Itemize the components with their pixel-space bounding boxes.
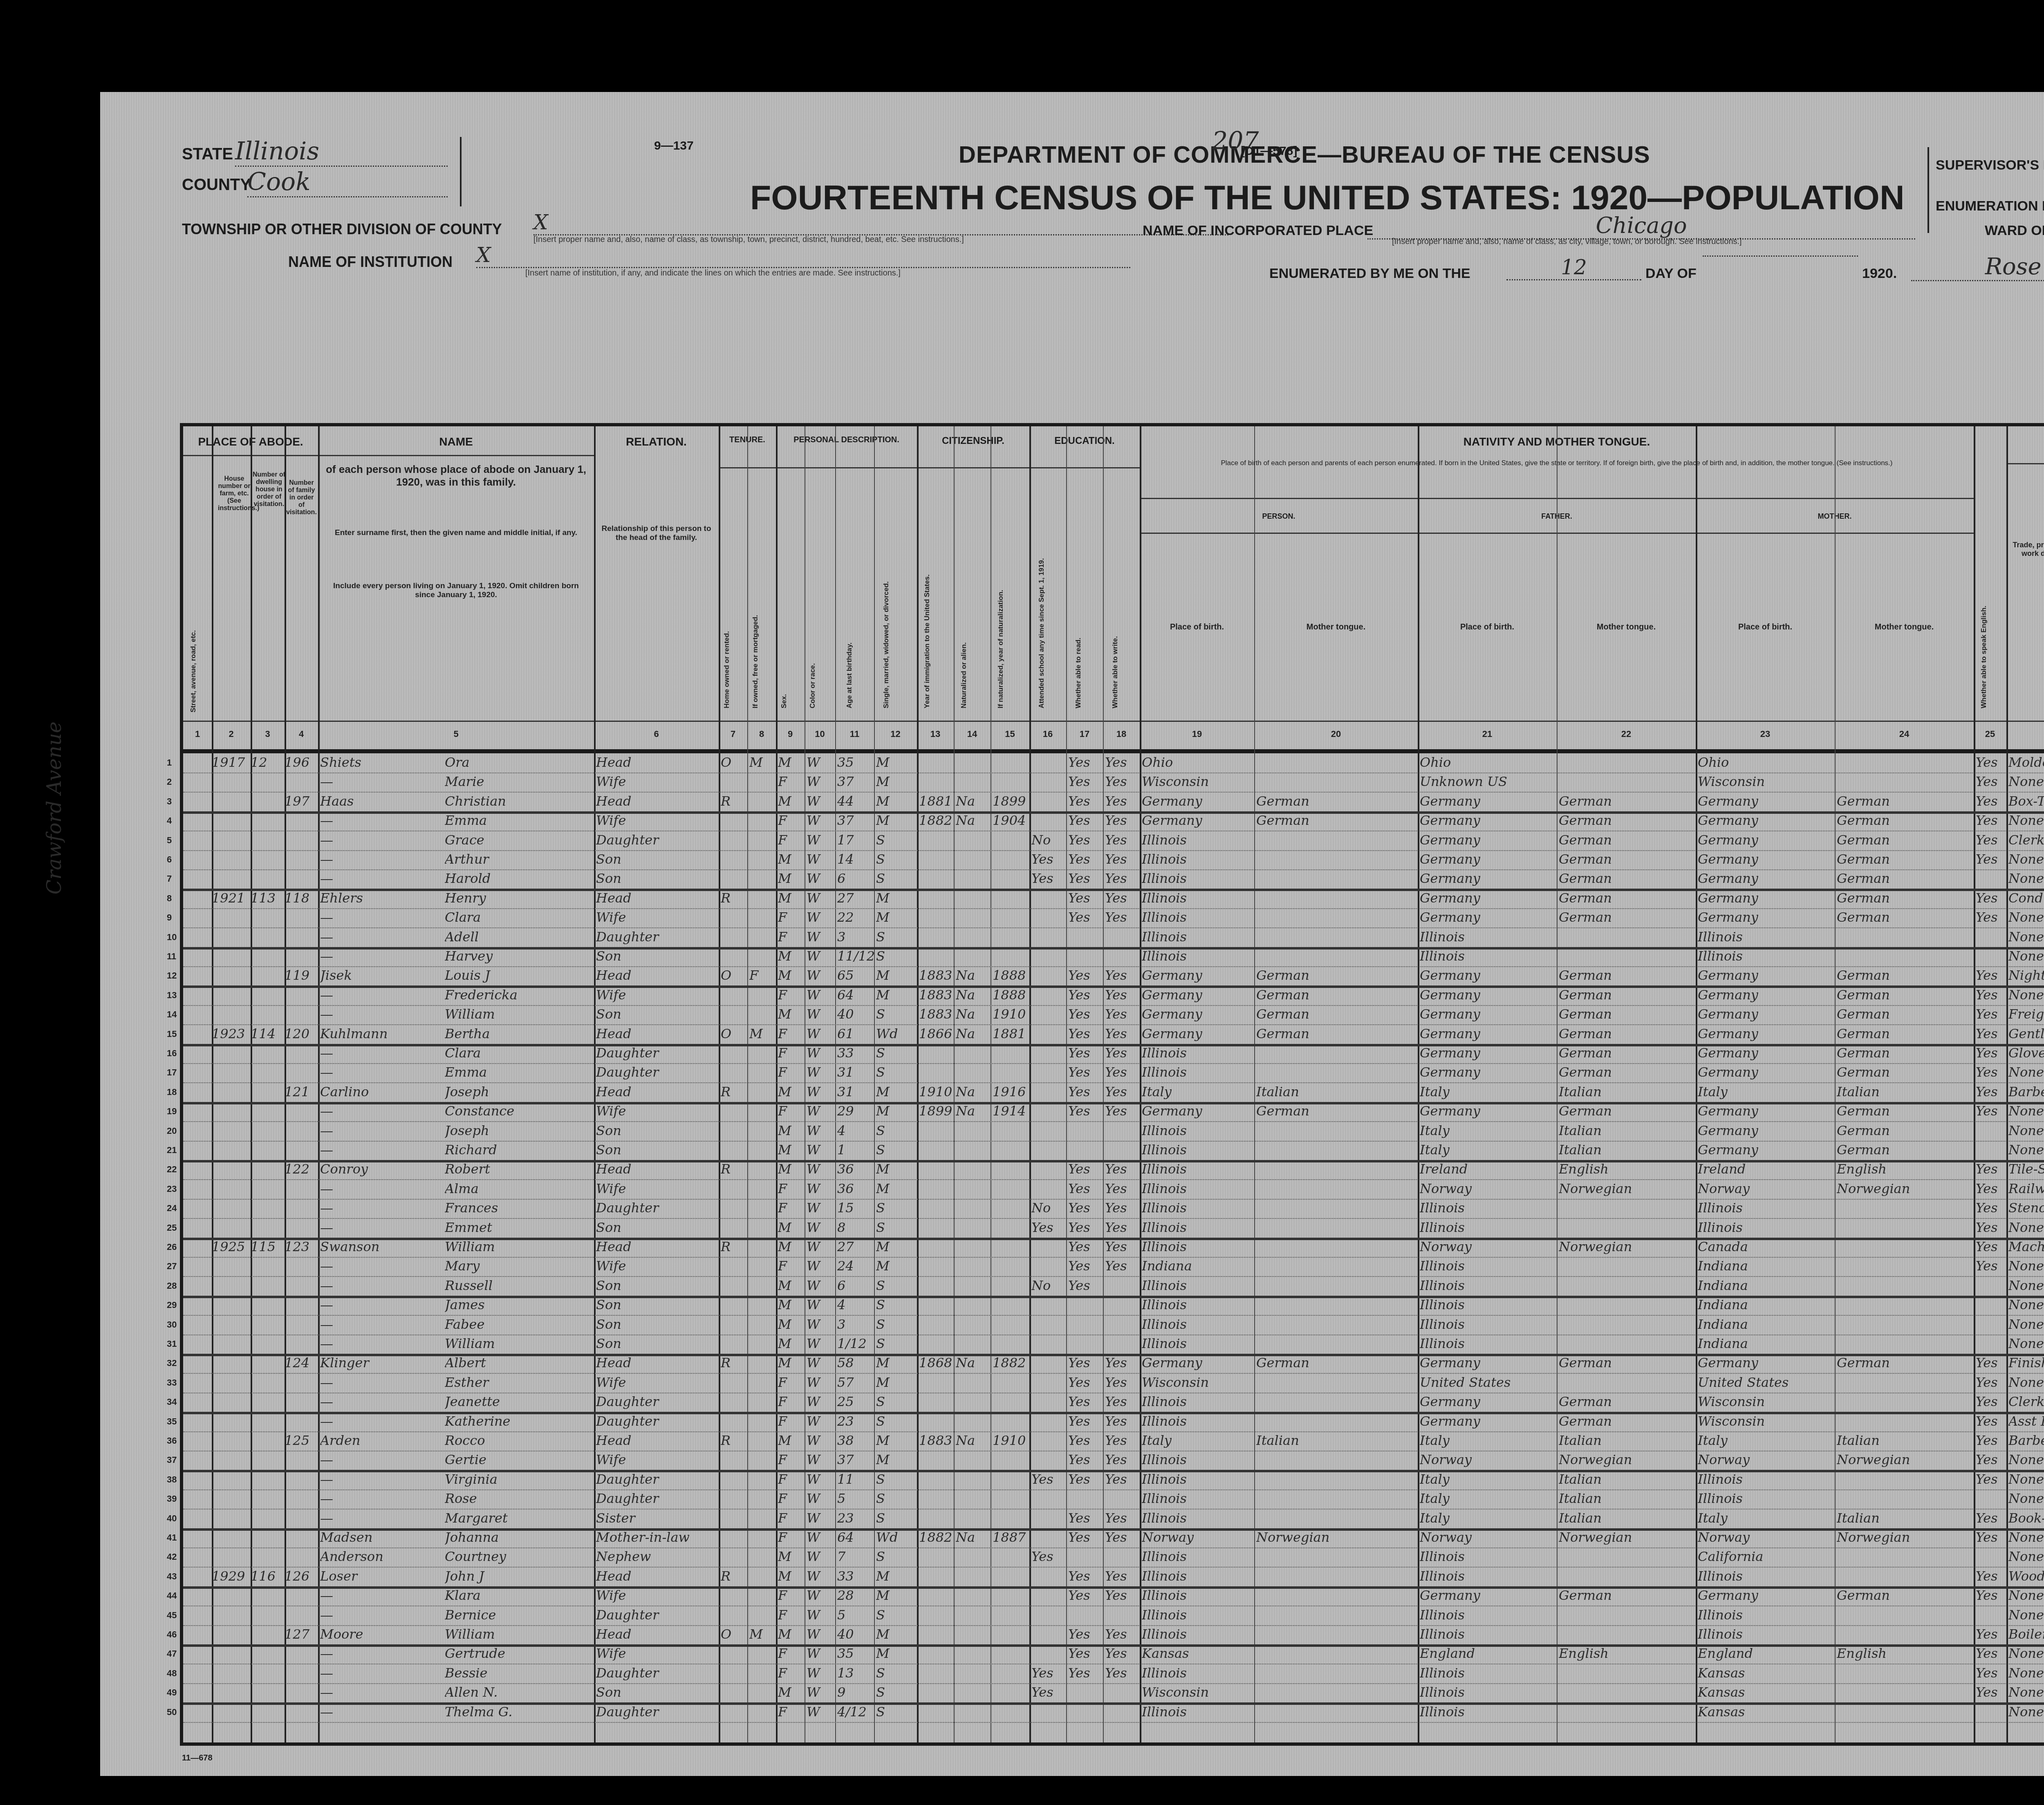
cell-trade: None [2008,1315,2044,1333]
cell-marital: S [876,1296,917,1314]
cell-nat [956,1063,991,1081]
cell-pob: Illinois [1142,1703,1254,1721]
cell-given: Clara [445,908,592,926]
incorporated-place-label: NAME OF INCORPORATED PLACE [1143,223,1373,239]
cell-sex: M [778,1160,805,1178]
cell-imm [919,773,954,791]
cell-pob: Illinois [1142,1199,1254,1217]
cell-family [285,773,318,791]
col3-header: Number of dwelling house in order of vis… [253,471,285,508]
cell-mmt: English [1837,1160,1974,1178]
cell-given: Courtney [445,1547,592,1565]
cell-dwelling [251,1528,285,1546]
cell-family [285,1412,318,1430]
cell-house [212,1218,251,1236]
cell-trade: None [2008,1470,2044,1488]
cell-marital: S [876,1470,917,1488]
cell-natyr [993,1276,1029,1294]
cell-own [721,1703,747,1721]
col7-header: Home owned or rented. [723,479,731,708]
cell-mt [1256,1470,1418,1488]
cell-school [1031,1122,1066,1140]
cell-race: W [807,1005,835,1023]
cell-sex: M [778,792,805,810]
cell-family [285,1218,318,1236]
table-row: —RoseDaughterFW5SIllinoisItalyItalianIll… [183,1489,2044,1509]
cell-pob: Wisconsin [1142,773,1254,791]
cell-school [1031,1451,1066,1469]
cell-own [721,908,747,926]
cell-school [1031,1412,1066,1430]
cell-relation: Son [596,869,717,887]
cell-surname: — [320,1141,443,1159]
cell-natyr [993,850,1029,868]
cell-own [721,1373,747,1391]
cell-marital: S [876,928,917,946]
cell-house [212,1606,251,1624]
cell-mpob: Germany [1698,986,1835,1004]
cell-marital: M [876,1431,917,1449]
cell-relation: Daughter [596,1393,717,1411]
cell-relation: Head [596,1238,717,1256]
cell-school: Yes [1031,850,1066,868]
table-row: —EmmaDaughterFW31SYesYesIllinoisGermanyG… [183,1063,2044,1083]
line-number: 15 [167,1029,177,1039]
cell-imm [919,869,954,887]
cell-race: W [807,1199,835,1217]
cell-pob: Illinois [1142,1509,1254,1527]
cell-nat [956,1683,991,1701]
cell-house [212,1102,251,1120]
cell-dwelling [251,1315,285,1333]
column-number: 18 [1103,729,1140,739]
cell-natyr: 1881 [993,1025,1029,1043]
table-row: 121CarlinoJosephHeadRMW31M1910Na1916YesY… [183,1083,2044,1104]
cell-mort [749,1005,776,1023]
cell-mt [1256,1257,1418,1275]
cell-fpob: Illinois [1420,1625,1557,1643]
cell-natyr [993,1296,1029,1314]
cell-pob: Illinois [1142,1412,1254,1430]
cell-dwelling [251,1373,285,1391]
cell-relation: Wife [596,811,717,829]
cell-imm [919,1238,954,1256]
cell-fpob: Germany [1420,1354,1557,1372]
cell-house [212,1044,251,1062]
cell-mt [1256,1451,1418,1469]
cell-dwelling [251,1393,285,1411]
cell-mpob: Germany [1698,966,1835,984]
cell-marital: S [876,1276,917,1294]
cell-dwelling [251,850,285,868]
cell-mt [1256,1703,1418,1721]
cell-surname: Conroy [320,1160,443,1178]
cell-mort [749,1373,776,1391]
cell-imm [919,1567,954,1585]
cell-read: Yes [1068,1354,1103,1372]
cell-surname: Carlino [320,1083,443,1101]
cell-race: W [807,1257,835,1275]
cell-marital: M [876,1354,917,1372]
cell-sex: F [778,1451,805,1469]
cell-eng [1976,947,2006,965]
cell-mmt [1837,1315,1974,1333]
cell-fmt [1559,1199,1696,1217]
cell-dwelling [251,1664,285,1682]
cell-age: 9 [837,1683,874,1701]
cell-dwelling [251,1160,285,1178]
cell-family [285,1180,318,1198]
cell-read: Yes [1068,1238,1103,1256]
cell-imm [919,1625,954,1643]
cell-relation: Wife [596,1180,717,1198]
cell-race: W [807,1373,835,1391]
cell-relation: Wife [596,1451,717,1469]
cell-read: Yes [1068,1025,1103,1043]
cell-natyr [993,889,1029,907]
cell-mmt [1837,1489,1974,1507]
cell-given: Albert [445,1354,592,1372]
cell-house [212,947,251,965]
cell-write: Yes [1105,1431,1140,1449]
cell-fmt [1559,947,1696,965]
cell-mort [749,1199,776,1217]
table-row: —Thelma G.DaughterFW4/12SIllinoisIllinoi… [183,1703,2044,1723]
cell-mpob: Illinois [1698,1218,1835,1236]
cell-read: Yes [1068,1276,1103,1294]
cell-mpob: Norway [1698,1180,1835,1198]
column-number: 24 [1835,729,1974,739]
cell-sex: M [778,1625,805,1643]
line-number: 7 [167,873,172,884]
cell-age: 27 [837,889,874,907]
cell-mmt: German [1837,831,1974,849]
cell-family: 122 [285,1160,318,1178]
cell-write: Yes [1105,773,1140,791]
cell-surname: — [320,773,443,791]
cell-nat: Na [956,1431,991,1449]
cell-family [285,1315,318,1333]
cell-eng: Yes [1976,1567,2006,1585]
cell-given: William [445,1238,592,1256]
cell-mpob: Illinois [1698,928,1835,946]
cell-surname: — [320,1335,443,1353]
cell-family [285,908,318,926]
cell-sex: F [778,1644,805,1662]
cell-fmt: English [1559,1160,1696,1178]
cell-dwelling [251,966,285,984]
cell-race: W [807,792,835,810]
cell-given: Rocco [445,1431,592,1449]
department-title: DEPARTMENT OF COMMERCE—BUREAU OF THE CEN… [959,141,1650,168]
cell-own [721,773,747,791]
cell-age: 5 [837,1489,874,1507]
cell-fmt: Italian [1559,1083,1696,1101]
cell-surname: — [320,1509,443,1527]
cell-age: 35 [837,753,874,771]
cell-mpob: Illinois [1698,1470,1835,1488]
cell-read: Yes [1068,869,1103,887]
cell-pob: Illinois [1142,1315,1254,1333]
line-number: 16 [167,1048,177,1059]
cell-nat: Na [956,1102,991,1120]
cell-race: W [807,1664,835,1682]
cell-own [721,1470,747,1488]
cell-house [212,1431,251,1449]
cell-mpob: Italy [1698,1431,1835,1449]
line-number: 17 [167,1067,177,1078]
cell-family [285,1102,318,1120]
cell-given: Bernice [445,1606,592,1624]
cell-trade: Molder [2008,753,2044,771]
cell-own [721,1218,747,1236]
cell-given: Grace [445,831,592,849]
cell-fpob: Illinois [1420,947,1557,965]
cell-school [1031,1567,1066,1585]
cell-fpob: Germany [1420,889,1557,907]
cell-imm: 1883 [919,1431,954,1449]
cell-house [212,792,251,810]
cell-mpob: Illinois [1698,947,1835,965]
cell-write: Yes [1105,1451,1140,1469]
cell-fmt: German [1559,811,1696,829]
cell-mort [749,1083,776,1101]
table-row: —ClaraWifeFW22MYesYesIllinoisGermanyGerm… [183,908,2044,928]
cell-sex: M [778,1354,805,1372]
column-number: 16 [1029,729,1066,739]
cell-race: W [807,1315,835,1333]
col5-instruction-include: Include every person living on January 1… [324,582,588,600]
column-number: 4 [285,729,318,739]
cell-race: W [807,811,835,829]
cell-fpob: Norway [1420,1238,1557,1256]
table-row: —HaroldSonMW6SYesYesYesIllinoisGermanyGe… [183,869,2044,891]
cell-natyr: 1910 [993,1005,1029,1023]
cell-race: W [807,1238,835,1256]
cell-pob: Illinois [1142,1586,1254,1604]
cell-read: Yes [1068,1451,1103,1469]
cell-read: Yes [1068,753,1103,771]
cell-eng: Yes [1976,1083,2006,1101]
cell-read: Yes [1068,1586,1103,1604]
cell-school [1031,1509,1066,1527]
cell-natyr: 1910 [993,1431,1029,1449]
cell-race: W [807,1122,835,1140]
cell-surname: — [320,1063,443,1081]
cell-surname: Ehlers [320,889,443,907]
cell-marital: M [876,1238,917,1256]
cell-fmt: German [1559,986,1696,1004]
cell-dwelling [251,1451,285,1469]
cell-mort [749,1451,776,1469]
cell-mmt: German [1837,1063,1974,1081]
cell-dwelling [251,811,285,829]
cell-pob: Illinois [1142,1451,1254,1469]
cell-age: 64 [837,1528,874,1546]
census-sheet: STATE Illinois COUNTY Cook 9—137 DEPARTM… [100,92,2044,1776]
cell-mt [1256,947,1418,965]
cell-sex: F [778,1257,805,1275]
cell-school [1031,1528,1066,1546]
cell-pob: Illinois [1142,1547,1254,1565]
cell-pob: Germany [1142,966,1254,984]
cell-mpob: Norway [1698,1528,1835,1546]
cell-mmt [1837,1606,1974,1624]
line-number: 28 [167,1281,177,1291]
cell-mort [749,1315,776,1333]
cell-age: 23 [837,1412,874,1430]
cell-race: W [807,831,835,849]
cell-nat [956,1412,991,1430]
cell-imm [919,1160,954,1178]
cell-mmt: German [1837,986,1974,1004]
cell-trade: Night Boss [2008,966,2044,984]
cell-given: Thelma G. [445,1703,592,1721]
cell-mt [1256,1296,1418,1314]
line-number: 40 [167,1513,177,1524]
cell-sex: M [778,1547,805,1565]
cell-mmt: German [1837,1102,1974,1120]
cell-nat [956,1586,991,1604]
cell-sex: M [778,1567,805,1585]
cell-mt: Italian [1256,1431,1418,1449]
cell-surname: — [320,1606,443,1624]
cell-eng: Yes [1976,1218,2006,1236]
cell-mt [1256,831,1418,849]
cell-nat [956,1703,991,1721]
cell-fpob: United States [1420,1373,1557,1391]
group-relation: RELATION. [594,435,719,448]
cell-nat [956,889,991,907]
cell-mpob: Ohio [1698,753,1835,771]
cell-fpob: Germany [1420,1025,1557,1043]
cell-eng [1976,1606,2006,1624]
cell-fpob: Illinois [1420,1315,1557,1333]
cell-given: Jeanette [445,1393,592,1411]
cell-mt [1256,1644,1418,1662]
cell-mpob: Germany [1698,1063,1835,1081]
cell-fmt: German [1559,792,1696,810]
cell-race: W [807,908,835,926]
cell-school [1031,1393,1066,1411]
cell-dwelling [251,1412,285,1430]
cell-age: 23 [837,1509,874,1527]
cell-mmt [1837,1567,1974,1585]
cell-sex: M [778,966,805,984]
cell-trade: None [2008,869,2044,887]
table-row: 124KlingerAlbertHeadRMW58M1868Na1882YesY… [183,1354,2044,1374]
cell-mort [749,1335,776,1353]
cell-mpob: Wisconsin [1698,1393,1835,1411]
cell-read: Yes [1068,986,1103,1004]
cell-read: Yes [1068,773,1103,791]
cell-school: Yes [1031,1683,1066,1701]
cell-trade: Freighter [2008,1005,2044,1023]
column-number: 11 [835,729,874,739]
cell-surname: — [320,1489,443,1507]
cell-relation: Head [596,1083,717,1101]
table-row: —VirginiaDaughterFW11SYesYesYesIllinoisI… [183,1470,2044,1490]
cell-mpob: Germany [1698,811,1835,829]
cell-surname: Klinger [320,1354,443,1372]
cell-surname: Madsen [320,1528,443,1546]
cell-fmt: Norwegian [1559,1238,1696,1256]
cell-family [285,1199,318,1217]
cell-natyr: 1904 [993,811,1029,829]
cell-school [1031,1160,1066,1178]
cell-surname: — [320,1044,443,1062]
cell-mort [749,1276,776,1294]
cell-sex: M [778,1218,805,1236]
cell-surname: — [320,1683,443,1701]
cell-mpob: Wisconsin [1698,773,1835,791]
cell-age: 14 [837,850,874,868]
cell-natyr [993,753,1029,771]
cell-school [1031,1373,1066,1391]
cell-mort [749,1141,776,1159]
cell-surname: — [320,850,443,868]
cell-dwelling [251,1586,285,1604]
cell-marital: M [876,792,917,810]
cell-read: Yes [1068,1063,1103,1081]
cell-natyr [993,1218,1029,1236]
cell-age: 35 [837,1644,874,1662]
cell-relation: Son [596,1005,717,1023]
cell-relation: Wife [596,1586,717,1604]
cell-age: 29 [837,1102,874,1120]
cell-marital: M [876,1586,917,1604]
cell-mort [749,1218,776,1236]
cell-relation: Head [596,792,717,810]
population-schedule-table: PLACE OF ABODE. NAME RELATION. TENURE. P… [180,423,2044,1746]
cell-read: Yes [1068,1005,1103,1023]
column-number: 3 [251,729,285,739]
cell-relation: Daughter [596,1412,717,1430]
col5-instruction-surname: Enter surname first, then the given name… [324,529,588,537]
cell-sex: F [778,1199,805,1217]
table-row: —AlmaWifeFW36MYesYesIllinoisNorwayNorweg… [183,1180,2044,1200]
cell-dwelling [251,1625,285,1643]
cell-mort [749,1102,776,1120]
cell-house [212,1160,251,1178]
cell-eng: Yes [1976,753,2006,771]
cell-trade: None [2008,928,2044,946]
cell-mt: German [1256,792,1418,810]
cell-imm [919,1063,954,1081]
cell-fmt [1559,1625,1696,1643]
cell-fpob: Illinois [1420,1567,1557,1585]
cell-nat: Na [956,966,991,984]
cell-age: 4 [837,1296,874,1314]
cell-age: 22 [837,908,874,926]
cell-school: Yes [1031,1470,1066,1488]
cell-write: Yes [1105,1664,1140,1682]
cell-age: 17 [837,831,874,849]
cell-fmt: German [1559,831,1696,849]
cell-race: W [807,947,835,965]
cell-mort: M [749,753,776,771]
cell-fmt: German [1559,1063,1696,1081]
col9-header: Sex. [780,479,788,708]
cell-house [212,1644,251,1662]
cell-eng: Yes [1976,986,2006,1004]
cell-mt [1256,1160,1418,1178]
cell-imm [919,1703,954,1721]
cell-natyr [993,1489,1029,1507]
cell-nat [956,1664,991,1682]
col18-header: Whether able to write. [1111,479,1119,708]
cell-age: 36 [837,1180,874,1198]
